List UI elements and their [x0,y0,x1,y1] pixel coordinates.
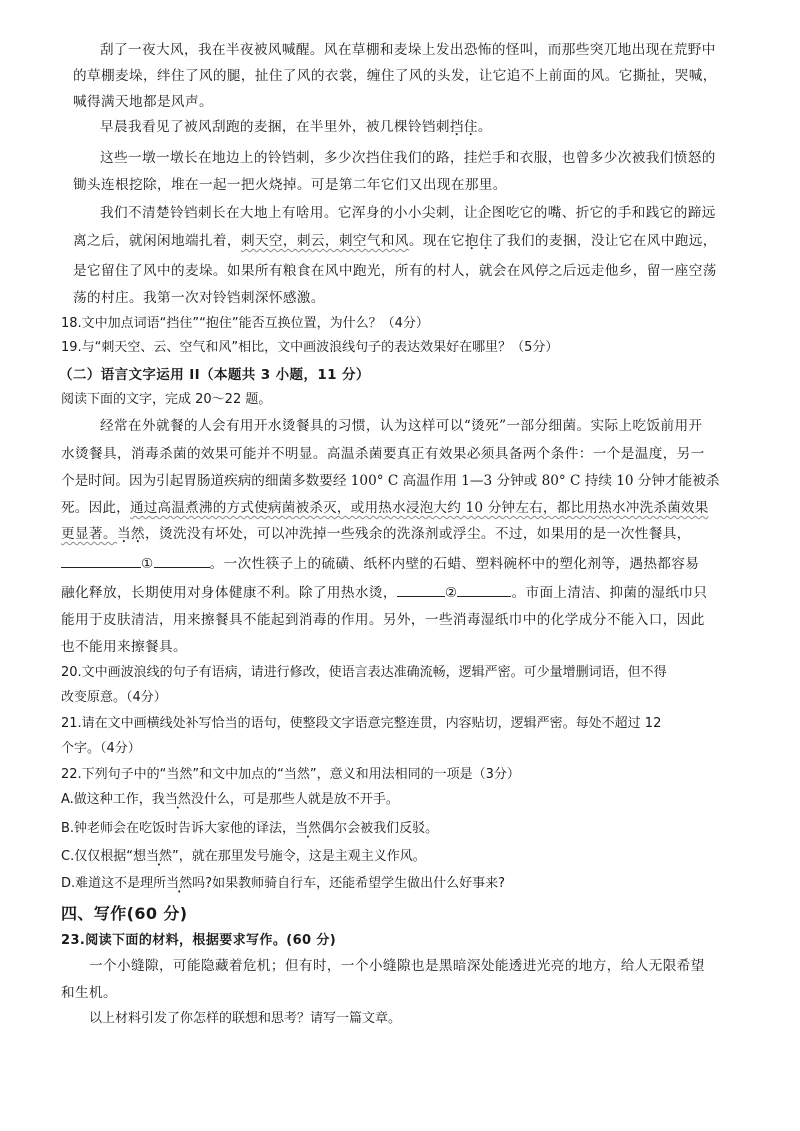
question-22: 22.下列句子中的“当然”和文中加点的“当然”，意义和用法相同的一项是（3分） [61,765,520,785]
text-segment: 。现在它 [409,233,465,249]
emphasis-dot-word: 当然 [146,849,172,864]
wavy-underlined-sentence: 通过高温煮沸的方式使病菌被杀灭，或用热水浸泡大约 10 分钟左右，都比用热水冲洗… [130,500,709,516]
passage2-line: 水烫餐具，消毒杀菌的效果可能并不明显。高温杀菌要真正有效果必须具备两个条件：一个… [61,444,705,464]
text-segment: 。 [478,119,492,135]
wavy-underlined-sentence: 刺天空，刺云，刺空气和风 [241,233,409,249]
passage2-line: 融化释放，长期使用对身体健康不利。除了用热水烫，②。市面上清洁、抑菌的湿纸巾只 [61,582,707,603]
option-text: 没什么，可是那些人就是放不开手。 [191,792,399,807]
passage2-line: 死。因此，通过高温煮沸的方式使病菌被杀灭，或用热水浸泡大约 10 分钟左右，都比… [61,498,708,518]
text-segment: 离之后，就闲闲地端扎着， [73,233,241,249]
emphasis-dot-char: 然 [131,526,145,542]
option-text: D.难道这不是理所 [61,876,166,891]
option-text: A.做这种工作，我 [61,792,165,807]
section2-heading: （二）语言文字运用 II（本题共 3 小题，11 分） [59,365,370,385]
option-text: 偶尔会被我们反驳。 [321,821,438,836]
passage2-line: 也不能用来擦餐具。 [61,637,187,657]
passage2-line: 个是时间。因为引起胃肠道疾病的细菌多数要经 100° C 高温作用 1—3 分钟… [61,471,719,491]
option-c[interactable]: C.仅仅根据“想当然”，就在那里发号施令，这是主观主义作风。 [61,847,426,867]
wavy-underlined-sentence: 更显著。 [61,526,117,542]
passage1-line: 离之后，就闲闲地端扎着，刺天空，刺云，刺空气和风。现在它抱住了我们的麦捆，没让它… [73,231,717,251]
text-segment: 。市面上清洁、抑菌的湿纸巾只 [511,585,707,601]
passage1-line: 的草棚麦垛，绊住了风的腿，扯住了风的衣裳，缠住了风的头发，让它追不上前面的风。它… [73,66,717,86]
fill-blank-1[interactable] [154,553,210,568]
question-20-cont: 改变原意。（4分） [61,688,167,708]
option-d[interactable]: D.难道这不是理所当然吗?如果教师骑自行车，还能希望学生做出什么好事来? [61,874,505,894]
section4-heading: 四、写作(60 分) [61,904,187,924]
passage1-line: 我们不清楚铃铛刺长在大地上有啥用。它浑身的小小尖刺，让企图吃它的嘴、折它的手和践… [100,203,716,223]
option-text: C.仅仅根据“想 [61,849,146,864]
question-21-cont: 个字。（4分） [61,739,141,759]
fill-blank-2[interactable] [457,582,511,597]
material-line: 和生机。 [61,983,117,1003]
passage2-line: 更显著。当然，烫洗没有坏处，可以冲洗掉一些残余的洗涤剂或浮尘。不过，如果用的是一… [61,524,691,544]
option-a[interactable]: A.做这种工作，我当然没什么，可是那些人就是放不开手。 [61,790,399,810]
text-segment: 早晨我看见了被风刮跑的麦捆，在半里外，被几棵铃铛刺 [100,119,450,135]
fill-blank-1[interactable] [61,553,141,568]
passage1-line: 这些一墩一墩长在地边上的铃铛刺，多少次挡住我们的路，挂烂手和衣服，也曾多少次被我… [100,148,716,168]
text-segment: 死。因此， [61,500,130,516]
text-segment: 融化释放，长期使用对身体健康不利。除了用热水烫， [61,585,397,601]
fill-blank-2[interactable] [397,582,445,597]
emphasis-dot-word: 当然 [295,821,321,836]
option-text: ”，就在那里发号施令，这是主观主义作风。 [172,849,426,864]
emphasis-dot-char: 挡 [450,119,464,135]
emphasis-dot-word: 当然 [166,876,192,891]
option-text: 吗?如果教师骑自行车，还能希望学生做出什么好事来? [192,876,505,891]
passage2-line: ①。一次性筷子上的硫磺、纸杯内壁的石蜡、塑料碗杯中的塑化剂等，遇热都容易 [61,553,699,574]
blank-marker: ① [141,556,154,572]
passage1-line: 刮了一夜大风，我在半夜被风喊醒。风在草棚和麦垛上发出恐怖的怪叫，而那些突兀地出现… [100,40,716,60]
option-text: B.钟老师会在吃饭时告诉大家他的译法， [61,821,295,836]
passage1-line: 早晨我看见了被风刮跑的麦捆，在半里外，被几棵铃铛刺挡住。 [100,117,492,137]
passage1-line: 喊得满天地都是风声。 [73,92,213,112]
text-segment: 了我们的麦捆，没让它在风中跑远， [493,233,717,249]
passage2-line: 经常在外就餐的人会有用开水烫餐具的习惯，认为这样可以“烫死”一部分细菌。实际上吃… [100,416,702,436]
material-line: 一个小缝隙，可能隐藏着危机；但有时，一个小缝隙也是黑暗深处能透进光亮的地方，给人… [89,956,705,976]
emphasis-dot-char: 当 [117,526,131,542]
question-18: 18.文中加点词语“挡住”“抱住”能否互换位置，为什么？（4分） [61,314,429,334]
option-b[interactable]: B.钟老师会在吃饭时告诉大家他的译法，当然偶尔会被我们反驳。 [61,819,438,839]
text-segment: ，烫洗没有坏处，可以冲洗掉一些残余的洗涤剂或浮尘。不过，如果用的是一次性餐具， [145,526,691,542]
text-segment: 。一次性筷子上的硫磺、纸杯内壁的石蜡、塑料碗杯中的塑化剂等，遇热都容易 [210,556,700,572]
emphasis-dot-char: 住 [464,119,478,135]
passage1-line: 是它留住了风中的麦垛。如果所有粮食在风中跑光，所有的村人，就会在风停之后远走他乡… [73,261,717,281]
question-21: 21.请在文中画横线处补写恰当的语句，使整段文字语意完整连贯，内容贴切，逻辑严密… [61,714,661,734]
passage2-line: 能用于皮肤清洁，用来擦餐具不能起到消毒的作用。另外，一些消毒湿纸巾中的化学成分不… [61,610,705,630]
section2-instruction: 阅读下面的文字，完成 20～22 题。 [61,390,271,410]
passage1-line: 荡的村庄。我第一次对铃铛刺深怀感激。 [73,288,325,308]
question-19: 19.与“刺天空、云、空气和风”相比，文中画波浪线句子的表达效果好在哪里？（5分… [61,338,558,358]
writing-prompt: 以上材料引发了你怎样的联想和思考？请写一篇文章。 [89,1009,401,1029]
passage1-line: 锄头连根挖除，堆在一起一把火烧掉。可是第二年它们又出现在那里。 [73,175,507,195]
emphasis-dot-word: 当然 [165,792,191,807]
emphasis-dot-char: 住 [479,233,493,249]
question-23: 23.阅读下面的材料，根据要求写作。(60 分) [61,931,336,951]
question-20: 20.文中画波浪线的句子有语病，请进行修改，使语言表达准确流畅，逻辑严密。可少量… [61,663,667,683]
emphasis-dot-char: 抱 [465,233,479,249]
blank-marker: ② [445,585,458,601]
